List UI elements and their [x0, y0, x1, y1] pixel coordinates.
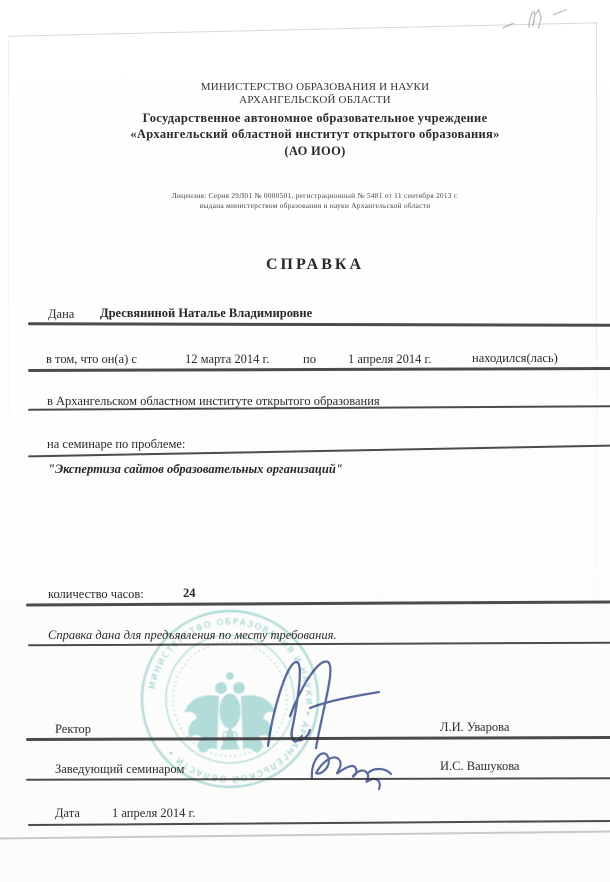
signature-name-uvarova: Л.И. Уварова: [440, 720, 509, 735]
period-middle: по: [303, 352, 316, 367]
signature-role-seminar-head: Заведующий семинаром: [55, 762, 184, 777]
rule-under-period: [28, 367, 610, 372]
ministry-line-2: АРХАНГЕЛЬСКОЙ ОБЛАСТИ: [20, 90, 610, 108]
signature-role-rector: Ректор: [55, 722, 91, 737]
organization-abbreviation: (АО ИОО): [20, 142, 610, 160]
license-line-2: выдана министерством образования и науки…: [20, 195, 610, 213]
date-from: 12 марта 2014 г.: [185, 352, 269, 367]
period-prefix: в том, что он(а) с: [46, 352, 137, 367]
organization-line-2-text: «Архангельский областной институт открыт…: [130, 127, 499, 141]
seminar-label: на семинаре по проблеме:: [47, 437, 185, 452]
date-label: Дата: [55, 806, 80, 821]
page-title: СПРАВКА: [20, 256, 610, 274]
organization-line-2: «Архангельский областной институт открыт…: [20, 125, 610, 143]
organization-line-1-text: Государственное автономное образовательн…: [143, 111, 488, 125]
seminar-topic: "Экспертиза сайтов образовательных орган…: [48, 462, 343, 477]
date-value: 1 апреля 2014 г.: [112, 806, 195, 821]
license-line-2-text: выдана министерством образования и науки…: [200, 201, 431, 210]
period-suffix: находился(лась): [472, 351, 558, 366]
recipient-name: Дресвяниной Наталье Владимировне: [100, 306, 312, 321]
pencil-annotation-icon: [496, 0, 578, 39]
document-page: МИНИСТЕРСТВО ОБРАЗОВАНИЯ И НАУКИ АРХАНГЕ…: [0, 0, 610, 882]
seminar-head-signature: [306, 743, 398, 793]
given-label: Дана: [48, 307, 74, 322]
scan-edge-bottom: [0, 831, 610, 839]
date-to: 1 апреля 2014 г.: [348, 352, 431, 367]
scan-edge-left: [8, 40, 9, 560]
rule-under-name: [28, 322, 610, 326]
ministry-line-2-text: АРХАНГЕЛЬСКОЙ ОБЛАСТИ: [239, 94, 391, 106]
organization-abbreviation-text: (АО ИОО): [284, 144, 345, 158]
signature-name-vashukova: И.С. Вашукова: [440, 759, 519, 774]
